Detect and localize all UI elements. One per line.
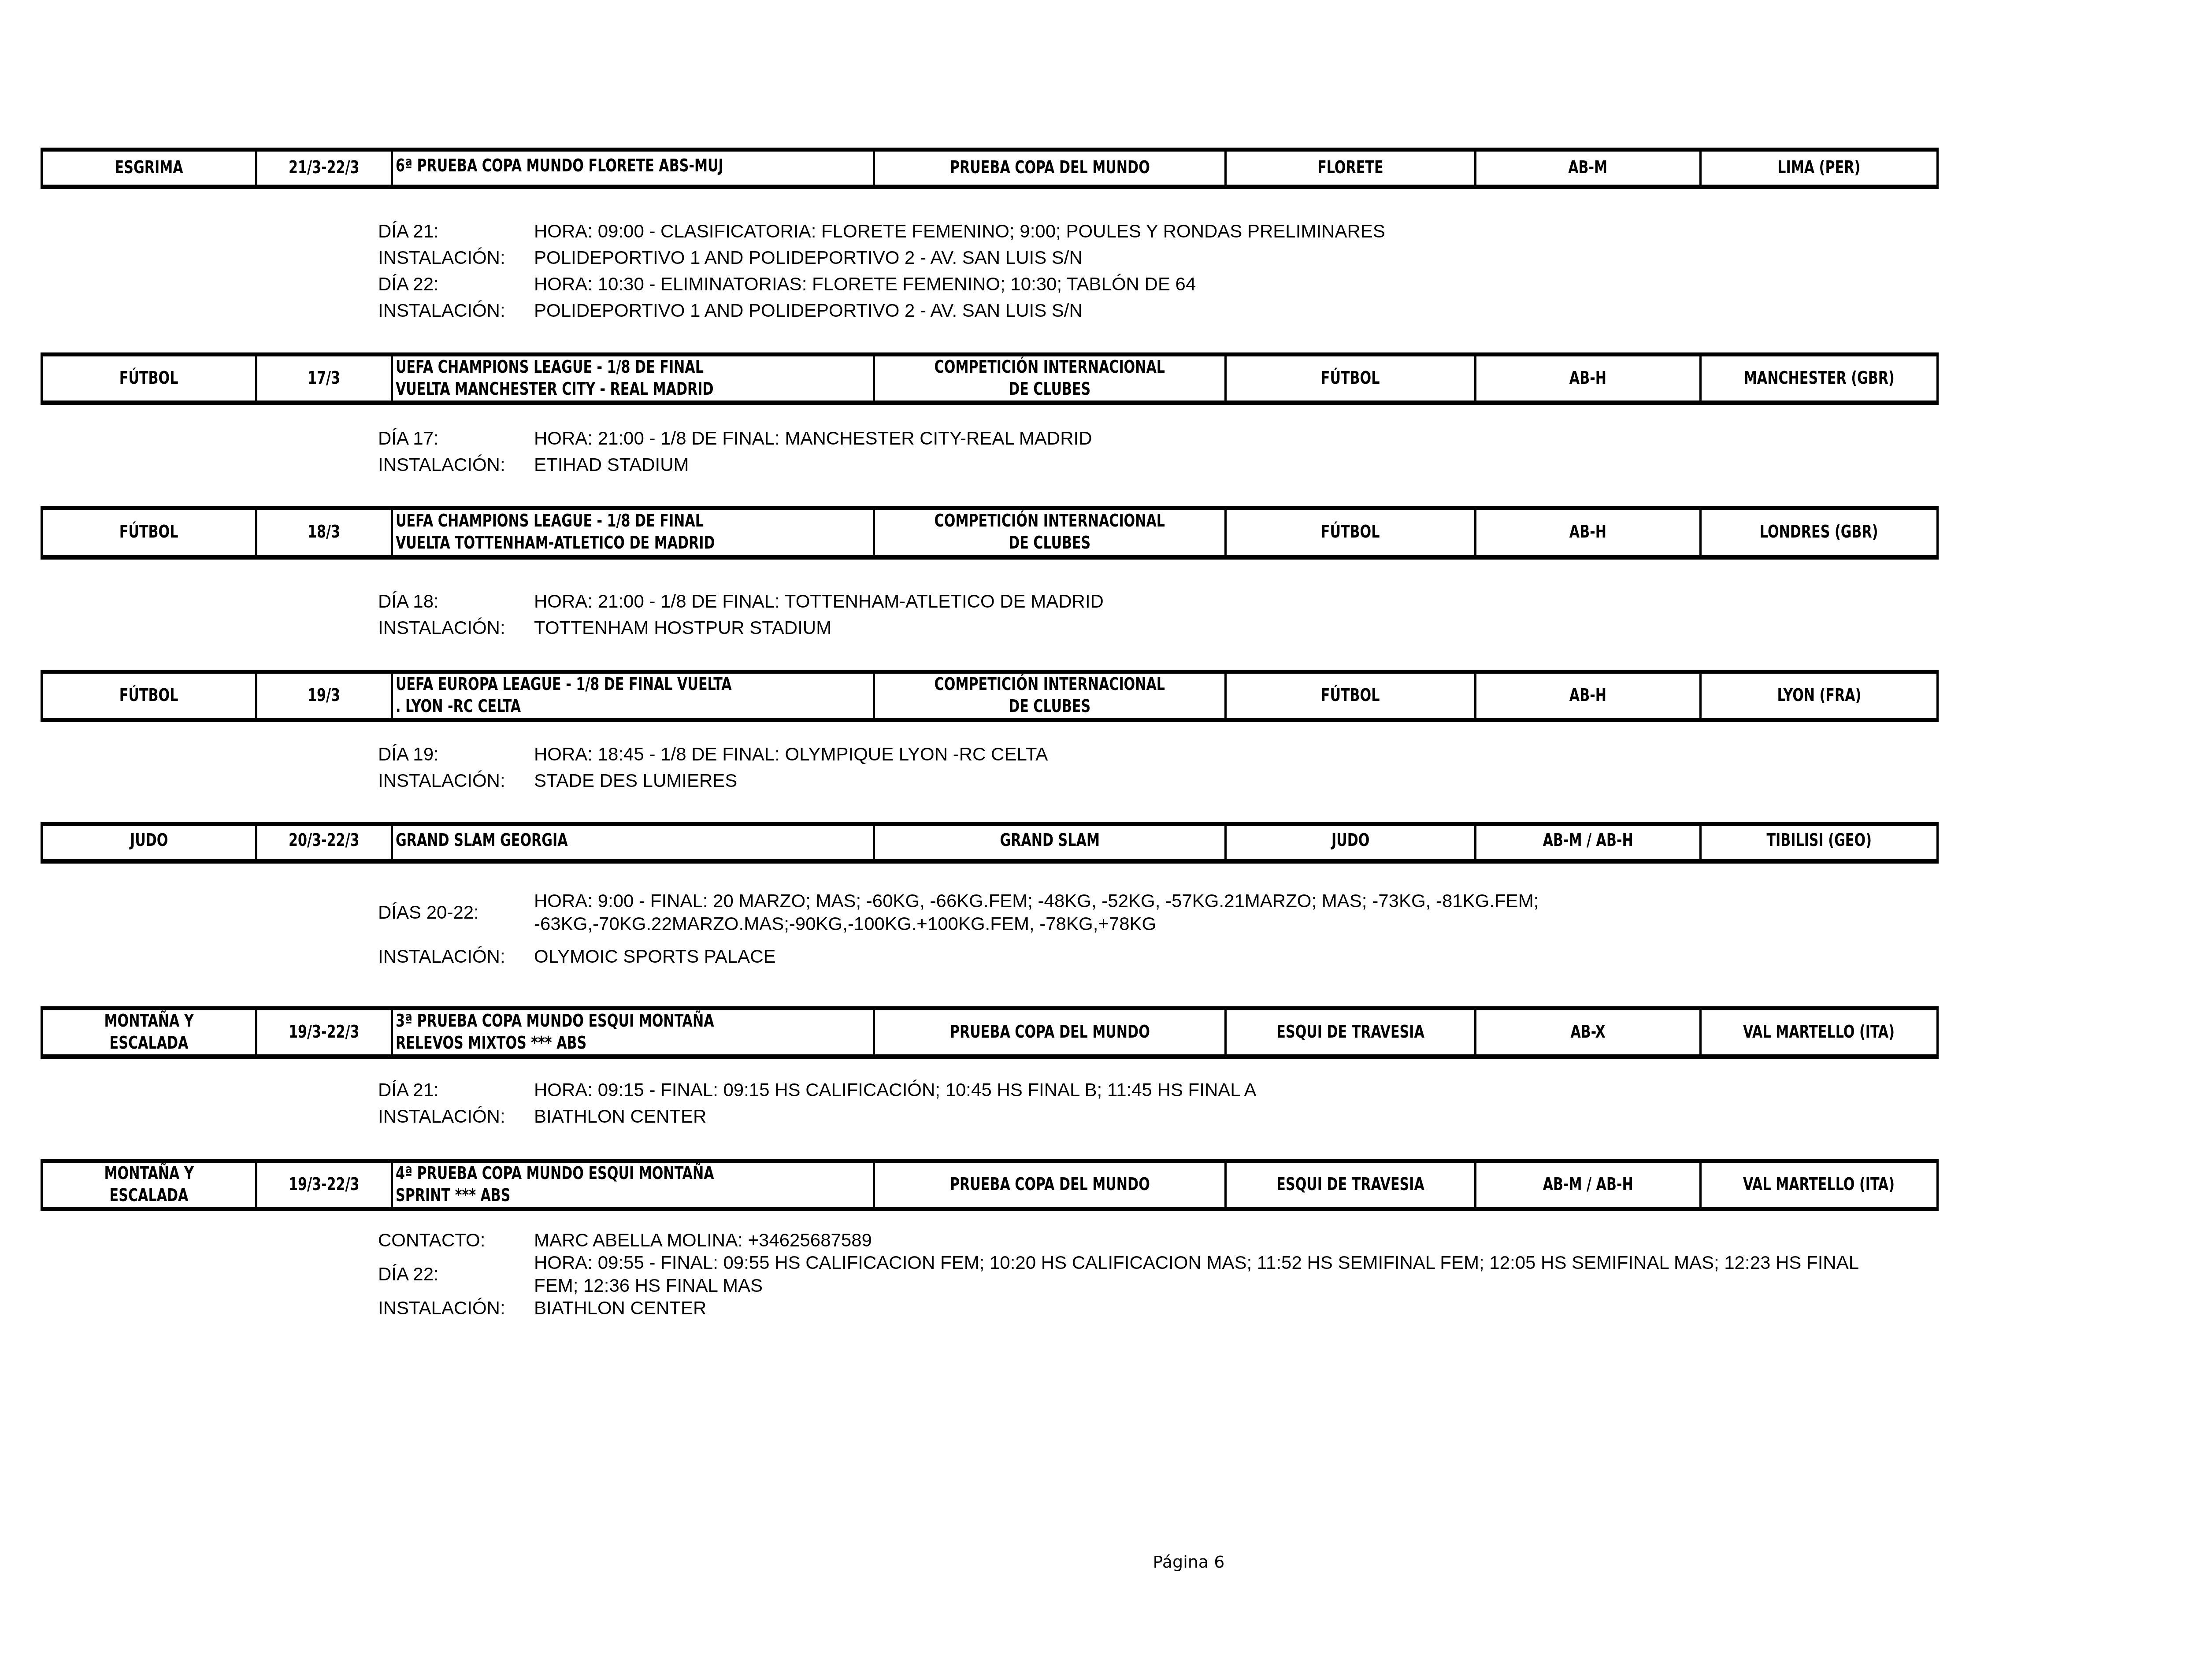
sport-cell: ESGRIMA xyxy=(42,150,256,187)
event-details: DÍA 21:HORA: 09:15 - FINAL: 09:15 HS CAL… xyxy=(378,1077,1876,1130)
detail-row: DÍA 21:HORA: 09:00 - CLASIFICATORIA: FLO… xyxy=(378,218,1876,245)
event-title-cell: 4ª PRUEBA COPA MUNDO ESQUI MONTAÑASPRINT… xyxy=(392,1161,874,1209)
event-title-cell: UEFA CHAMPIONS LEAGUE - 1/8 DE FINALVUEL… xyxy=(392,355,874,403)
competition-cell: PRUEBA COPA DEL MUNDO xyxy=(874,1161,1226,1209)
event-row-table: MONTAÑA YESCALADA 19/3-22/3 4ª PRUEBA CO… xyxy=(41,1159,1939,1211)
detail-row: INSTALACIÓN:POLIDEPORTIVO 1 AND POLIDEPO… xyxy=(378,297,1876,324)
detail-row: DÍA 17:HORA: 21:00 - 1/8 DE FINAL: MANCH… xyxy=(378,425,1876,452)
discipline-cell: FÚTBOL xyxy=(1226,355,1476,403)
detail-label: DÍA 21: xyxy=(378,218,534,245)
sport-cell: MONTAÑA YESCALADA xyxy=(42,1009,256,1057)
detail-row: DÍA 21:HORA: 09:15 - FINAL: 09:15 HS CAL… xyxy=(378,1077,1876,1103)
event-details: CONTACTO:MARC ABELLA MOLINA: +3462568758… xyxy=(378,1229,1876,1319)
category-cell: AB-M / AB-H xyxy=(1476,1161,1701,1209)
detail-label: DÍAS 20-22: xyxy=(378,899,534,926)
detail-value: HORA: 09:55 - FINAL: 09:55 HS CALIFICACI… xyxy=(534,1251,1876,1297)
detail-row: DÍA 19:HORA: 18:45 - 1/8 DE FINAL: OLYMP… xyxy=(378,741,1876,768)
detail-label: DÍA 22: xyxy=(378,271,534,297)
event-row-table: FÚTBOL 19/3 UEFA EUROPA LEAGUE - 1/8 DE … xyxy=(41,670,1939,722)
detail-row: INSTALACIÓN:BIATHLON CENTER xyxy=(378,1297,1876,1319)
event-title-cell: 3ª PRUEBA COPA MUNDO ESQUI MONTAÑARELEVO… xyxy=(392,1009,874,1057)
detail-value: TOTTENHAM HOSTPUR STADIUM xyxy=(534,616,1876,639)
detail-label: INSTALACIÓN: xyxy=(378,1295,534,1321)
detail-row: INSTALACIÓN:STADE DES LUMIERES xyxy=(378,768,1876,794)
sport-cell: MONTAÑA YESCALADA xyxy=(42,1161,256,1209)
detail-label: DÍA 17: xyxy=(378,425,534,452)
detail-row: INSTALACIÓN:TOTTENHAM HOSTPUR STADIUM xyxy=(378,615,1876,641)
event-row-table: FÚTBOL 18/3 UEFA CHAMPIONS LEAGUE - 1/8 … xyxy=(41,506,1939,560)
page-number: Página 6 xyxy=(0,1552,2203,1572)
detail-value: BIATHLON CENTER xyxy=(534,1105,1876,1128)
event-title-cell: UEFA CHAMPIONS LEAGUE - 1/8 DE FINALVUEL… xyxy=(392,508,874,557)
discipline-cell: FÚTBOL xyxy=(1226,672,1476,720)
category-cell: AB-H xyxy=(1476,672,1701,720)
detail-value: ETIHAD STADIUM xyxy=(534,453,1876,476)
category-cell: AB-H xyxy=(1476,508,1701,557)
detail-value: HORA: 10:30 - ELIMINATORIAS: FLORETE FEM… xyxy=(534,273,1876,296)
event-title-cell: GRAND SLAM GEORGIA xyxy=(392,824,874,861)
competition-cell: PRUEBA COPA DEL MUNDO xyxy=(874,1009,1226,1057)
location-cell: MANCHESTER (GBR) xyxy=(1701,355,1938,403)
location-cell: LIMA (PER) xyxy=(1701,150,1938,187)
location-cell: LONDRES (GBR) xyxy=(1701,508,1938,557)
document-page: ESGRIMA 21/3-22/3 6ª PRUEBA COPA MUNDO F… xyxy=(0,0,2203,1680)
detail-label: INSTALACIÓN: xyxy=(378,943,534,970)
competition-cell: PRUEBA COPA DEL MUNDO xyxy=(874,150,1226,187)
detail-row: INSTALACIÓN:OLYMOIC SPORTS PALACE xyxy=(378,943,1876,970)
detail-value: STADE DES LUMIERES xyxy=(534,769,1876,792)
location-cell: TIBILISI (GEO) xyxy=(1701,824,1938,861)
dates-cell: 19/3-22/3 xyxy=(256,1161,392,1209)
category-cell: AB-H xyxy=(1476,355,1701,403)
event-details: DÍAS 20-22:HORA: 9:00 - FINAL: 20 MARZO;… xyxy=(378,888,1876,970)
detail-row: INSTALACIÓN:ETIHAD STADIUM xyxy=(378,452,1876,478)
detail-row: DÍA 22:HORA: 09:55 - FINAL: 09:55 HS CAL… xyxy=(378,1251,1876,1297)
discipline-cell: FLORETE xyxy=(1226,150,1476,187)
detail-row: DÍAS 20-22:HORA: 9:00 - FINAL: 20 MARZO;… xyxy=(378,888,1876,937)
sport-cell: FÚTBOL xyxy=(42,672,256,720)
detail-value: POLIDEPORTIVO 1 AND POLIDEPORTIVO 2 - AV… xyxy=(534,299,1876,322)
event-details: DÍA 19:HORA: 18:45 - 1/8 DE FINAL: OLYMP… xyxy=(378,741,1876,794)
event-details: DÍA 21:HORA: 09:00 - CLASIFICATORIA: FLO… xyxy=(378,218,1876,324)
event-row-table: FÚTBOL 17/3 UEFA CHAMPIONS LEAGUE - 1/8 … xyxy=(41,352,1939,405)
dates-cell: 19/3 xyxy=(256,672,392,720)
detail-label: INSTALACIÓN: xyxy=(378,452,534,478)
location-cell: VAL MARTELLO (ITA) xyxy=(1701,1009,1938,1057)
discipline-cell: FÚTBOL xyxy=(1226,508,1476,557)
event-row-table: JUDO 20/3-22/3 GRAND SLAM GEORGIA GRAND … xyxy=(41,822,1939,864)
event-title-cell: 6ª PRUEBA COPA MUNDO FLORETE ABS-MUJ xyxy=(392,150,874,187)
event-title-cell: UEFA EUROPA LEAGUE - 1/8 DE FINAL VUELTA… xyxy=(392,672,874,720)
dates-cell: 18/3 xyxy=(256,508,392,557)
detail-value: POLIDEPORTIVO 1 AND POLIDEPORTIVO 2 - AV… xyxy=(534,246,1876,269)
dates-cell: 20/3-22/3 xyxy=(256,824,392,861)
competition-cell: COMPETICIÓN INTERNACIONALDE CLUBES xyxy=(874,508,1226,557)
competition-cell: GRAND SLAM xyxy=(874,824,1226,861)
detail-row: DÍA 18:HORA: 21:00 - 1/8 DE FINAL: TOTTE… xyxy=(378,588,1876,615)
detail-label: DÍA 18: xyxy=(378,588,534,615)
dates-cell: 19/3-22/3 xyxy=(256,1009,392,1057)
dates-cell: 17/3 xyxy=(256,355,392,403)
detail-label: DÍA 22: xyxy=(378,1261,534,1287)
dates-cell: 21/3-22/3 xyxy=(256,150,392,187)
event-details: DÍA 17:HORA: 21:00 - 1/8 DE FINAL: MANCH… xyxy=(378,425,1876,478)
detail-label: CONTACTO: xyxy=(378,1227,534,1254)
detail-label: INSTALACIÓN: xyxy=(378,297,534,324)
detail-row: INSTALACIÓN:POLIDEPORTIVO 1 AND POLIDEPO… xyxy=(378,245,1876,271)
sport-cell: JUDO xyxy=(42,824,256,861)
detail-label: INSTALACIÓN: xyxy=(378,245,534,271)
detail-label: INSTALACIÓN: xyxy=(378,615,534,641)
detail-value: HORA: 18:45 - 1/8 DE FINAL: OLYMPIQUE LY… xyxy=(534,743,1876,766)
event-details: DÍA 18:HORA: 21:00 - 1/8 DE FINAL: TOTTE… xyxy=(378,588,1876,641)
event-row-table: MONTAÑA YESCALADA 19/3-22/3 3ª PRUEBA CO… xyxy=(41,1006,1939,1059)
detail-label: DÍA 19: xyxy=(378,741,534,768)
discipline-cell: ESQUI DE TRAVESIA xyxy=(1226,1161,1476,1209)
detail-label: DÍA 21: xyxy=(378,1077,534,1103)
discipline-cell: ESQUI DE TRAVESIA xyxy=(1226,1009,1476,1057)
competition-cell: COMPETICIÓN INTERNACIONALDE CLUBES xyxy=(874,355,1226,403)
detail-value: HORA: 9:00 - FINAL: 20 MARZO; MAS; -60KG… xyxy=(534,890,1876,935)
category-cell: AB-M / AB-H xyxy=(1476,824,1701,861)
detail-value: HORA: 09:00 - CLASIFICATORIA: FLORETE FE… xyxy=(534,220,1876,243)
detail-value: HORA: 21:00 - 1/8 DE FINAL: MANCHESTER C… xyxy=(534,427,1876,450)
competition-cell: COMPETICIÓN INTERNACIONALDE CLUBES xyxy=(874,672,1226,720)
detail-value: HORA: 09:15 - FINAL: 09:15 HS CALIFICACI… xyxy=(534,1079,1876,1101)
detail-label: INSTALACIÓN: xyxy=(378,768,534,794)
discipline-cell: JUDO xyxy=(1226,824,1476,861)
detail-row: INSTALACIÓN:BIATHLON CENTER xyxy=(378,1103,1876,1130)
detail-value: OLYMOIC SPORTS PALACE xyxy=(534,945,1876,968)
sport-cell: FÚTBOL xyxy=(42,508,256,557)
location-cell: LYON (FRA) xyxy=(1701,672,1938,720)
detail-label: INSTALACIÓN: xyxy=(378,1103,534,1130)
event-row-table: ESGRIMA 21/3-22/3 6ª PRUEBA COPA MUNDO F… xyxy=(41,148,1939,189)
detail-row: CONTACTO:MARC ABELLA MOLINA: +3462568758… xyxy=(378,1229,1876,1251)
detail-value: MARC ABELLA MOLINA: +34625687589 xyxy=(534,1229,1876,1252)
detail-value: BIATHLON CENTER xyxy=(534,1297,1876,1320)
category-cell: AB-M xyxy=(1476,150,1701,187)
detail-row: DÍA 22:HORA: 10:30 - ELIMINATORIAS: FLOR… xyxy=(378,271,1876,297)
location-cell: VAL MARTELLO (ITA) xyxy=(1701,1161,1938,1209)
detail-value: HORA: 21:00 - 1/8 DE FINAL: TOTTENHAM-AT… xyxy=(534,590,1876,613)
sport-cell: FÚTBOL xyxy=(42,355,256,403)
category-cell: AB-X xyxy=(1476,1009,1701,1057)
